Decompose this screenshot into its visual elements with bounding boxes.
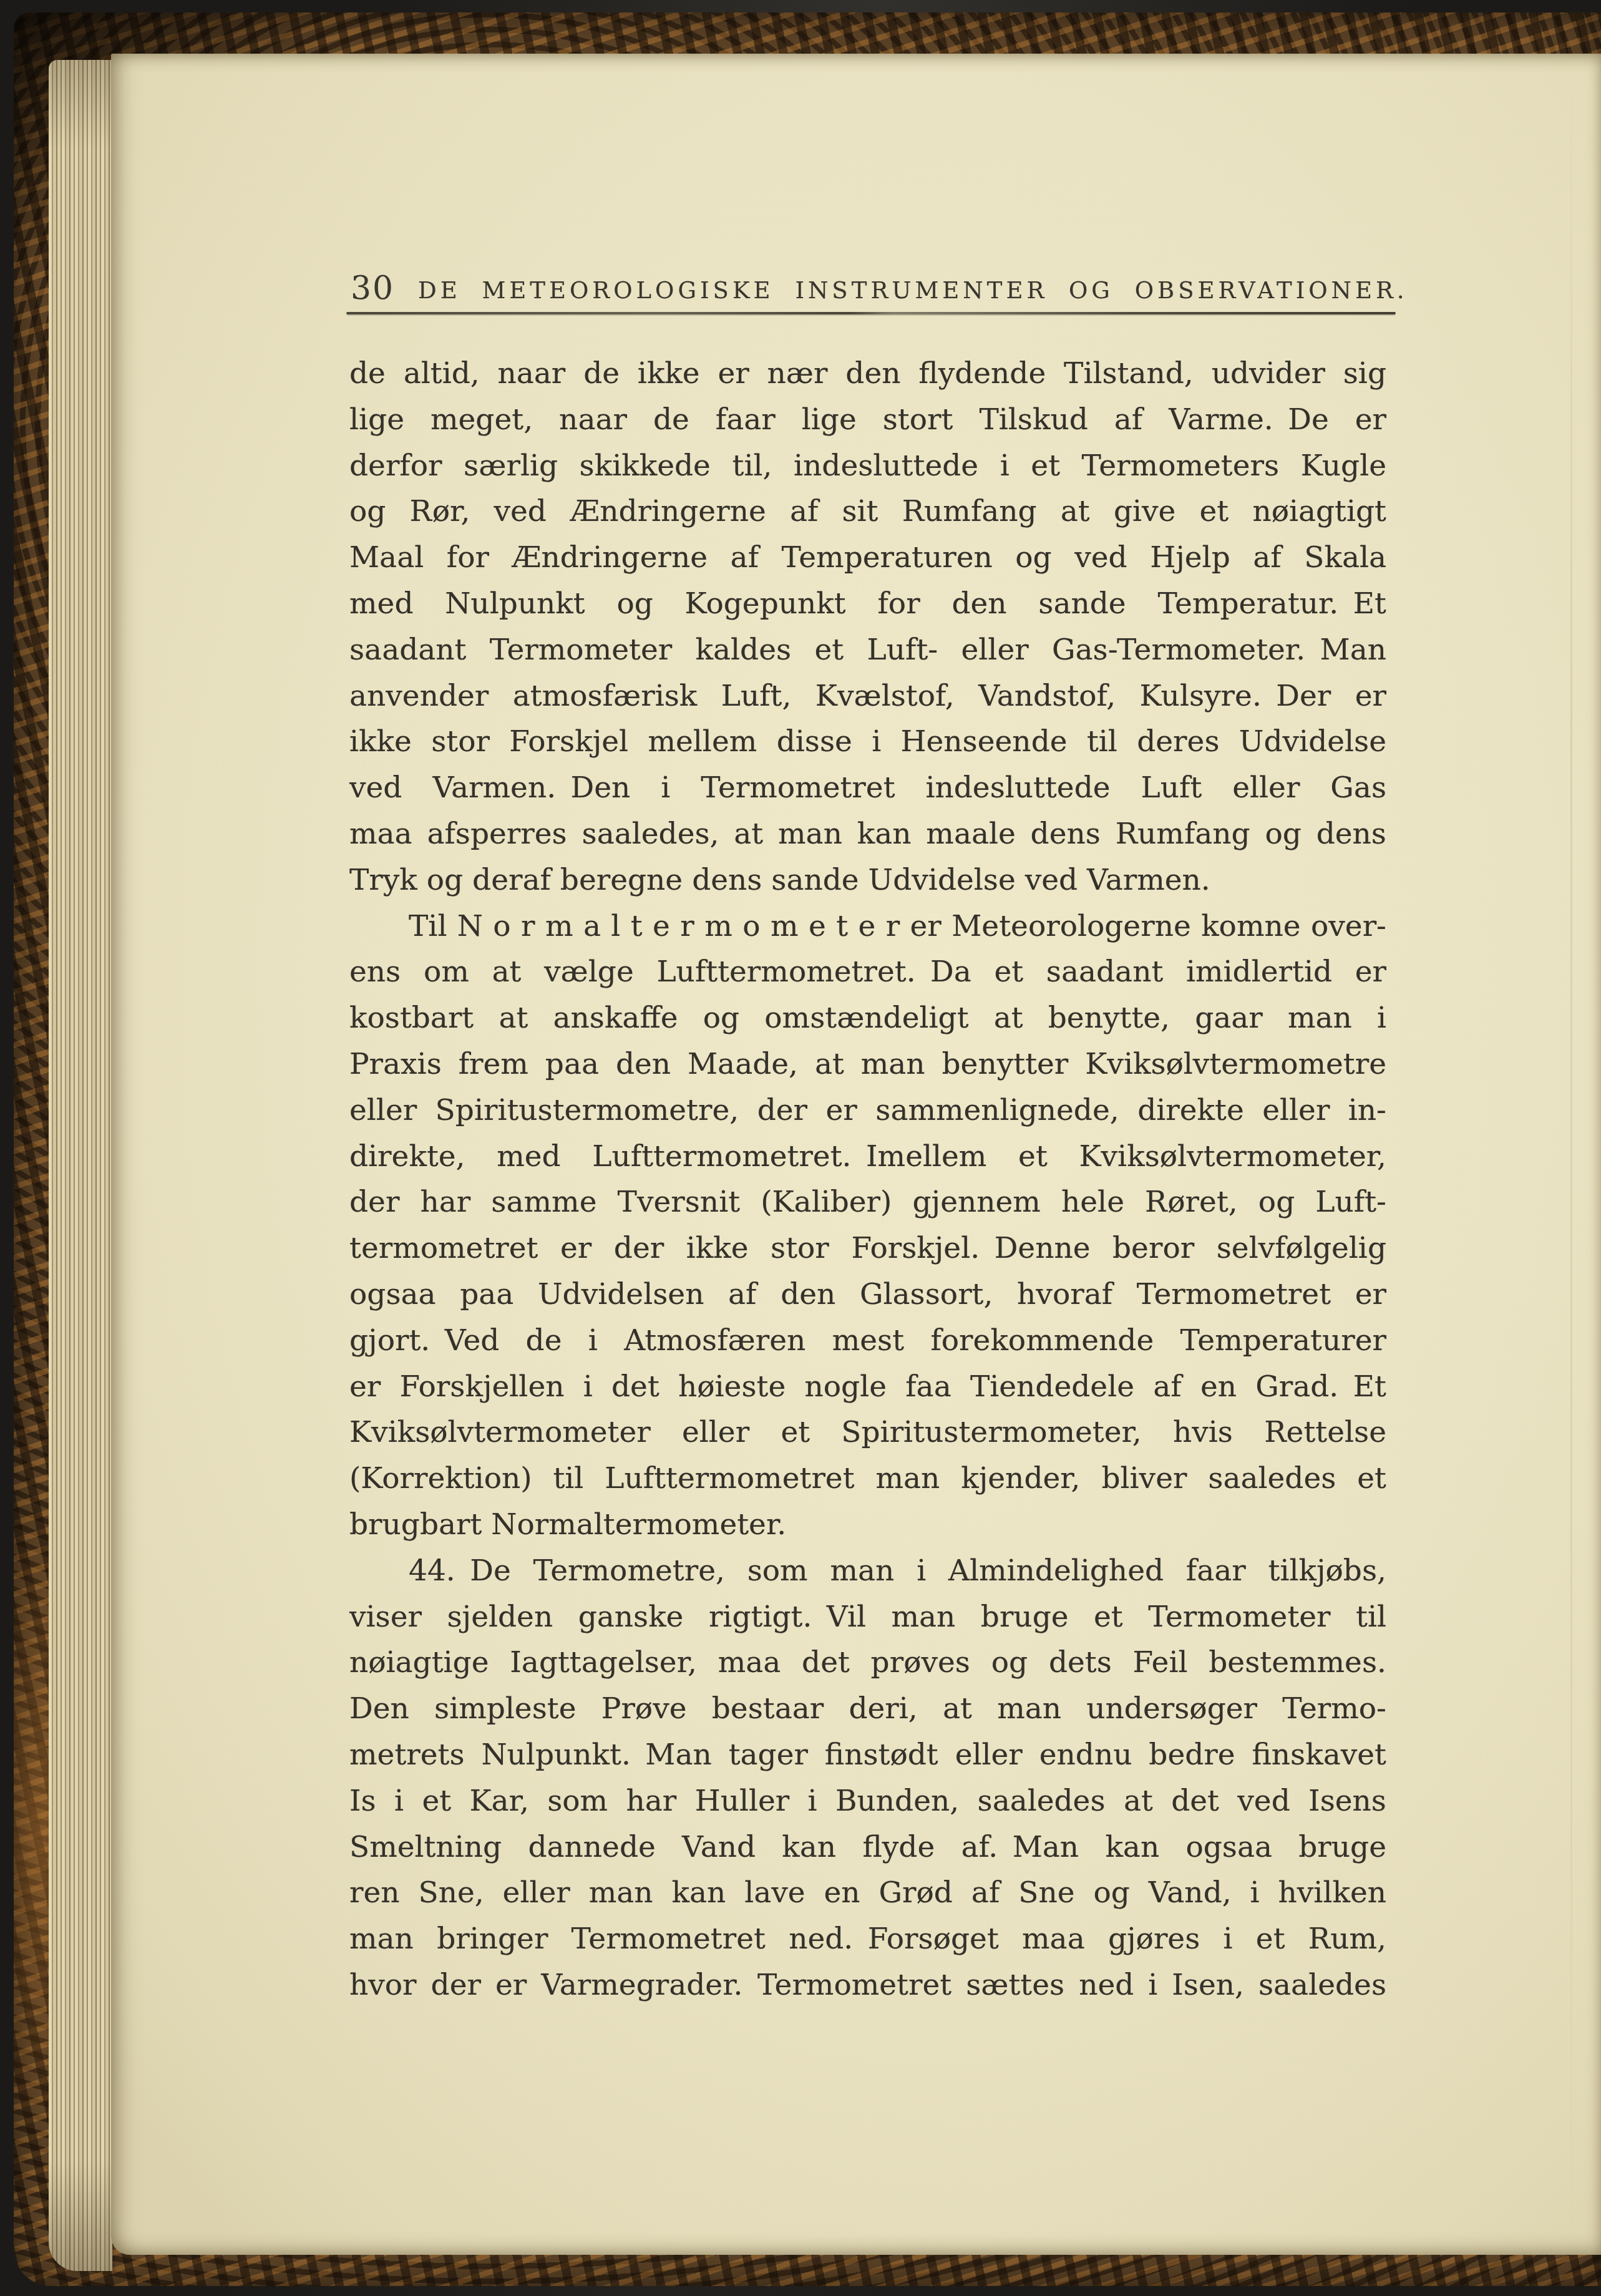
- text-line: termometret er der ikke stor Forskjel. D…: [349, 1225, 1386, 1272]
- page-header: 30 DE METEOROLOGISKE INSTRUMENTER OG OBS…: [349, 271, 1385, 314]
- text-line: gjort. Ved de i Atmosfæren mest forekomm…: [349, 1318, 1386, 1364]
- text-line: der har samme Tversnit (Kaliber) gjennem…: [349, 1179, 1386, 1225]
- text-line: saadant Termometer kaldes et Luft- eller…: [349, 627, 1386, 673]
- text-line: maa afsperres saaledes, at man kan maale…: [349, 811, 1386, 857]
- text-line: hvor der er Varmegrader. Termometret sæt…: [349, 1962, 1386, 2008]
- text-line: med Nulpunkt og Kogepunkt for den sande …: [349, 581, 1386, 627]
- text-line: de altid, naar de ikke er nær den flyden…: [349, 351, 1386, 397]
- text-line: kostbart at anskaffe og omstændeligt at …: [349, 995, 1386, 1041]
- text-line: 44. De Termometre, som man i Almindeligh…: [349, 1548, 1386, 1594]
- text-line: Smeltning dannede Vand kan flyde af. Man…: [349, 1824, 1386, 1870]
- text-line: (Korrektion) til Lufttermometret man kje…: [349, 1456, 1386, 1502]
- text-line: Tryk og deraf beregne dens sande Udvidel…: [349, 857, 1386, 903]
- text-line: metrets Nulpunkt. Man tager finstødt ell…: [349, 1732, 1386, 1778]
- text-line: Praxis frem paa den Maade, at man benytt…: [349, 1041, 1386, 1087]
- text-line: Is i et Kar, som har Huller i Bunden, sa…: [349, 1778, 1386, 1824]
- text-line: eller Spiritustermometre, der er sammenl…: [349, 1087, 1386, 1134]
- text-line: anvender atmosfærisk Luft, Kvælstof, Van…: [349, 673, 1386, 719]
- book-page: 30 DE METEOROLOGISKE INSTRUMENTER OG OBS…: [111, 54, 1601, 2255]
- text-line: er Forskjellen i det høieste nogle faa T…: [349, 1364, 1386, 1410]
- text-line: derfor særlig skikkede til, indesluttede…: [349, 443, 1386, 489]
- text-line: ikke stor Forskjel mellem disse i Hensee…: [349, 719, 1386, 765]
- text-line: Maal for Ændringerne af Temperaturen og …: [349, 535, 1386, 581]
- text-line: direkte, med Lufttermometret. Imellem et…: [349, 1134, 1386, 1180]
- text-line: Den simpleste Prøve bestaar deri, at man…: [349, 1686, 1386, 1732]
- text-line: Til N o r m a l t e r m o m e t e r er M…: [349, 903, 1386, 950]
- text-line: og Rør, ved Ændringerne af sit Rumfang a…: [349, 489, 1386, 535]
- text-line: ren Sne, eller man kan lave en Grød af S…: [349, 1870, 1386, 1916]
- text-line: ens om at vælge Lufttermometret. Da et s…: [349, 949, 1386, 995]
- text-line: nøiagtige Iagttagelser, maa det prøves o…: [349, 1640, 1386, 1686]
- scanned-book-photo: 30 DE METEOROLOGISKE INSTRUMENTER OG OBS…: [0, 0, 1601, 2296]
- text-line: viser sjelden ganske rigtigt. Vil man br…: [349, 1594, 1386, 1640]
- text-line: ogsaa paa Udvidelsen af den Glassort, hv…: [349, 1272, 1386, 1318]
- running-title: DE METEOROLOGISKE INSTRUMENTER OG OBSERV…: [418, 278, 1354, 303]
- text-line: Kviksølvtermometer eller et Spiritusterm…: [349, 1409, 1386, 1456]
- text-line: ved Varmen. Den i Termometret indeslutte…: [349, 765, 1386, 811]
- page-stack-edges: [49, 60, 112, 2271]
- page-number: 30: [351, 272, 394, 304]
- page-body-text: de altid, naar de ikke er nær den flyden…: [349, 351, 1386, 2008]
- text-line: lige meget, naar de faar lige stort Tils…: [349, 397, 1386, 443]
- header-rule-divider: [346, 312, 1396, 314]
- text-line: man bringer Termometret ned. Forsøget ma…: [349, 1916, 1386, 1962]
- text-line: brugbart Normaltermometer.: [349, 1502, 1386, 1548]
